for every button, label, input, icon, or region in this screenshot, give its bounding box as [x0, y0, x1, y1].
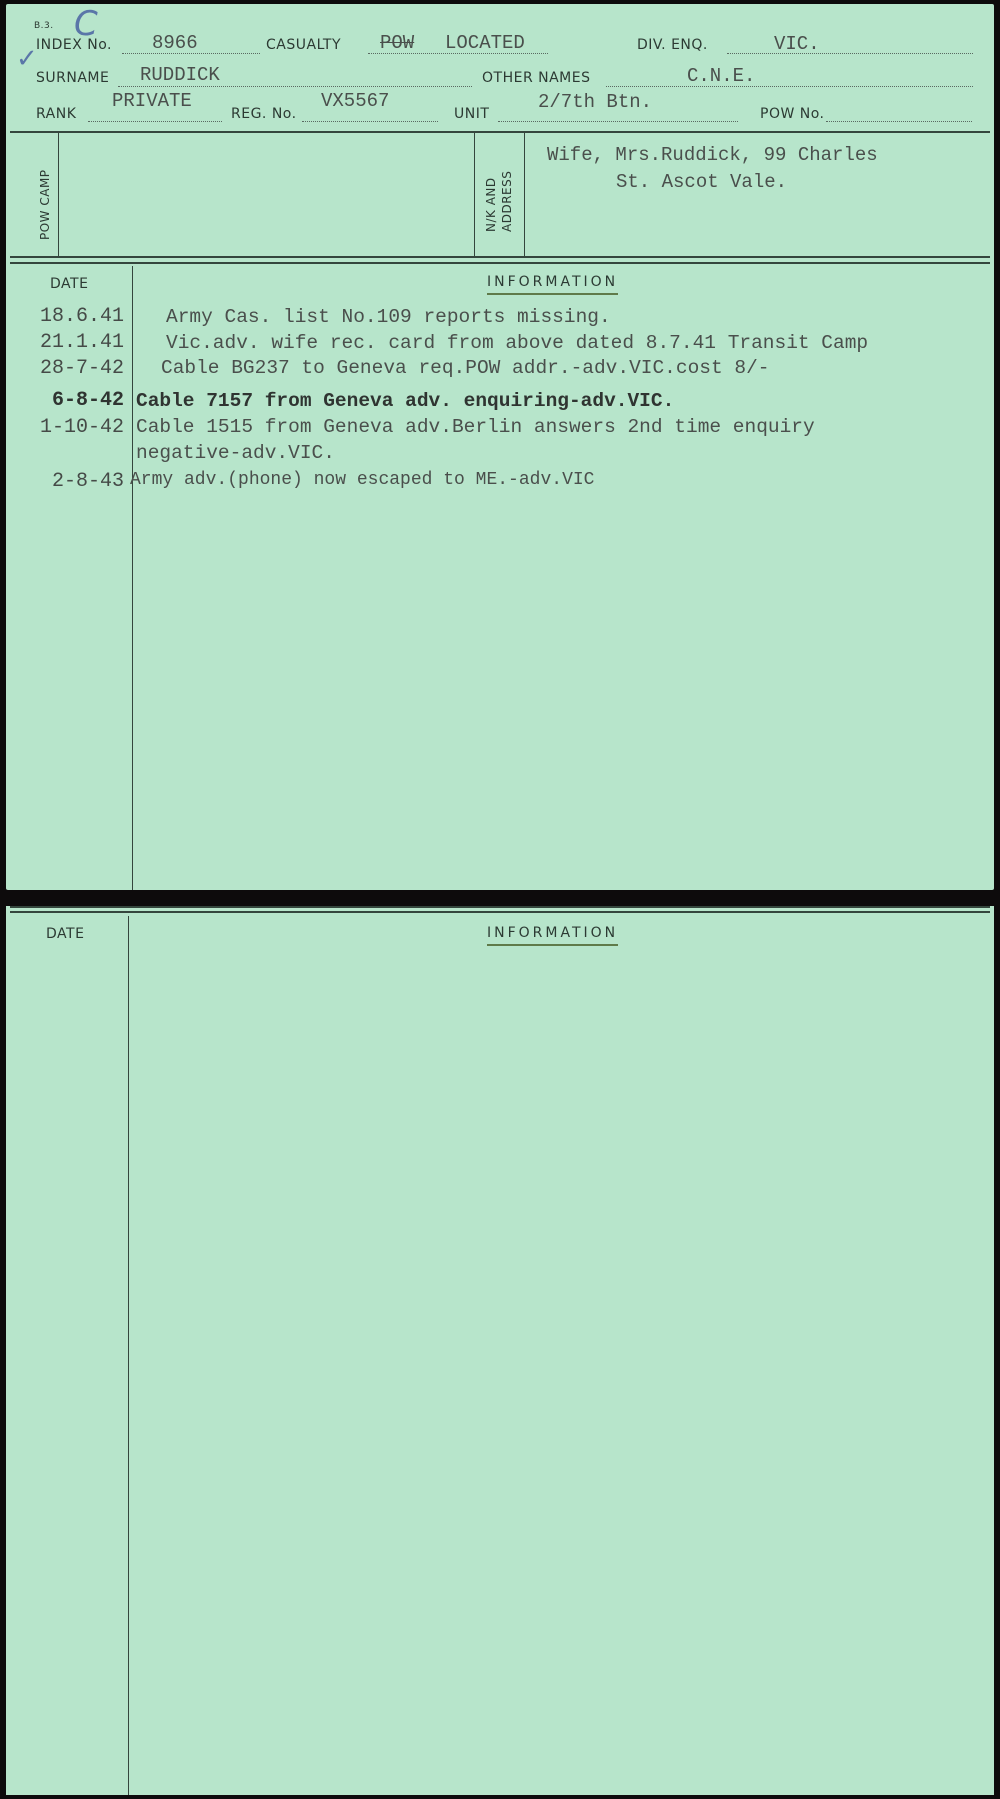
- surname-label: SURNAME: [36, 70, 109, 86]
- index-card-front: B.3. C ✓ INDEX No. 8966 CASUALTY POW LOC…: [6, 4, 994, 890]
- unit-label: UNIT: [454, 106, 489, 122]
- pow-camp-label: POW CAMP: [38, 169, 52, 240]
- casualty-label: CASUALTY: [266, 37, 341, 53]
- entry-date: 21.1.41: [6, 331, 124, 354]
- surname-dotted-line: [118, 86, 472, 87]
- index-value: 8966: [152, 32, 198, 54]
- reverse-top-double-1: [10, 906, 990, 908]
- pow-no-dotted-line: [826, 121, 972, 122]
- information-column-header: INFORMATION: [487, 274, 618, 295]
- rank-label: RANK: [36, 106, 76, 122]
- other-names-value: C.N.E.: [687, 65, 755, 87]
- div-enq-label: DIV. ENQ.: [637, 37, 708, 53]
- surname-value: RUDDICK: [140, 64, 220, 86]
- nok-address-line1: Wife, Mrs.Ruddick, 99 Charles: [547, 144, 878, 166]
- entry-date: 2-8-43: [6, 470, 124, 493]
- nok-label-line2: ADDRESS: [500, 171, 514, 232]
- other-names-dotted-line: [606, 86, 973, 87]
- reg-no-value: VX5567: [321, 90, 389, 112]
- entry-text: Army adv.(phone) now escaped to ME.-adv.…: [130, 470, 594, 490]
- other-names-label: OTHER NAMES: [482, 70, 590, 86]
- unit-dotted-line: [498, 121, 738, 122]
- casualty-struck-value: POW: [380, 32, 414, 54]
- rank-dotted-line: [88, 121, 222, 122]
- reverse-information-column-header: INFORMATION: [487, 925, 618, 946]
- section-divider-top: [10, 131, 990, 133]
- section-divider-double-2: [10, 262, 990, 264]
- date-column-divider: [132, 266, 133, 890]
- nok-address-line2: St. Ascot Vale.: [616, 171, 787, 193]
- unit-value: 2/7th Btn.: [538, 91, 652, 113]
- index-label: INDEX No.: [36, 37, 112, 53]
- entry-date: 28-7-42: [6, 357, 124, 380]
- nok-right-divider: [524, 132, 525, 256]
- date-column-header: DATE: [50, 276, 88, 292]
- section-divider-double-1: [10, 256, 990, 258]
- reg-no-label: REG. No.: [231, 106, 297, 122]
- entry-text: Cable 1515 from Geneva adv.Berlin answer…: [136, 416, 815, 438]
- entry-text-continuation: negative-adv.VIC.: [136, 442, 335, 464]
- casualty-value: LOCATED: [445, 32, 525, 54]
- entry-text: Army Cas. list No.109 reports missing.: [166, 306, 611, 328]
- rank-value: PRIVATE: [112, 90, 192, 112]
- reverse-date-column-header: DATE: [46, 926, 84, 942]
- reverse-date-column-divider: [128, 916, 129, 1795]
- reg-no-dotted-line: [302, 121, 438, 122]
- entry-date: 18.6.41: [6, 305, 124, 328]
- reverse-top-double-2: [10, 911, 990, 913]
- index-card-reverse: DATE INFORMATION: [6, 906, 994, 1795]
- entry-date: 6-8-42: [6, 389, 124, 412]
- pow-camp-divider: [58, 132, 59, 256]
- entry-text: Cable 7157 from Geneva adv. enquiring-ad…: [136, 390, 674, 412]
- div-enq-value: VIC.: [774, 33, 820, 55]
- nok-left-divider: [474, 132, 475, 256]
- entry-date: 1-10-42: [6, 416, 124, 439]
- div-enq-dotted-line: [727, 53, 973, 54]
- pencil-tick-icon: ✓: [16, 44, 38, 74]
- entry-text: Cable BG237 to Geneva req.POW addr.-adv.…: [161, 357, 770, 379]
- pow-no-label: POW No.: [760, 106, 825, 122]
- form-code: B.3.: [34, 21, 54, 31]
- entry-text: Vic.adv. wife rec. card from above dated…: [166, 332, 868, 354]
- nok-label-line1: N/K AND: [484, 177, 498, 232]
